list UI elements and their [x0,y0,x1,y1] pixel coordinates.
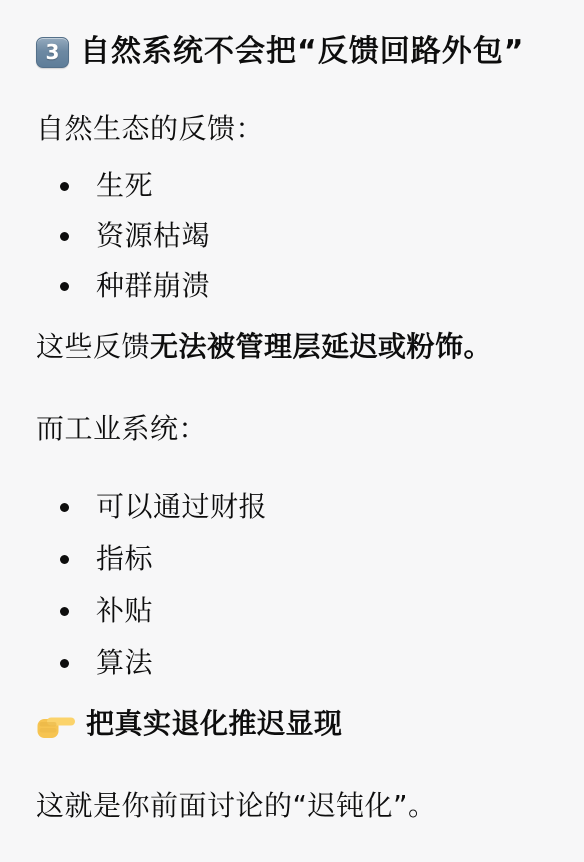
emphasis-bold-text: 无法被管理层延迟或粉饰。 [150,330,492,363]
pointing-right-icon [36,709,76,740]
list-item: 资源枯竭 [36,216,548,256]
message-body: 3 自然系统不会把“反馈回路外包” 自然生态的反馈： 生死 资源枯竭 种群崩溃 … [0,0,584,862]
pointer-bold-text: 把真实退化推迟显现 [86,704,343,744]
list-item-label: 种群崩溃 [96,269,210,302]
list-item-label: 生死 [96,169,153,202]
keycap-3-icon: 3 [36,37,69,68]
keycap-digit: 3 [46,42,60,62]
industrial-list: 可以通过财报 指标 补贴 算法 [36,487,548,683]
industrial-line: 而工业系统： [36,409,548,449]
list-item: 可以通过财报 [36,487,548,527]
list-item: 种群崩溃 [36,266,548,306]
list-item: 补贴 [36,591,548,631]
section-heading: 3 自然系统不会把“反馈回路外包” [36,32,548,72]
list-item-label: 补贴 [96,594,153,627]
closing-line: 这就是你前面讨论的“迟钝化”。 [36,786,548,826]
bullet-dot-icon [60,555,69,564]
list-item-label: 指标 [96,542,153,575]
bullet-dot-icon [60,503,69,512]
list-item: 算法 [36,643,548,683]
emphasis-prefix: 这些反馈 [36,330,150,363]
pointer-line: 把真实退化推迟显现 [36,704,548,744]
list-item: 生死 [36,166,548,206]
bullet-dot-icon [60,282,69,291]
list-item: 指标 [36,539,548,579]
natural-feedback-list: 生死 资源枯竭 种群崩溃 [36,166,548,306]
list-item-label: 资源枯竭 [96,219,210,252]
list-item-label: 可以通过财报 [96,490,267,523]
bullet-dot-icon [60,607,69,616]
emphasis-paragraph: 这些反馈无法被管理层延迟或粉饰。 [36,327,548,367]
bullet-dot-icon [60,659,69,668]
bullet-dot-icon [60,182,69,191]
intro-line: 自然生态的反馈： [36,109,548,149]
bullet-dot-icon [60,232,69,241]
section-heading-text: 自然系统不会把“反馈回路外包” [80,32,524,72]
list-item-label: 算法 [96,646,153,679]
